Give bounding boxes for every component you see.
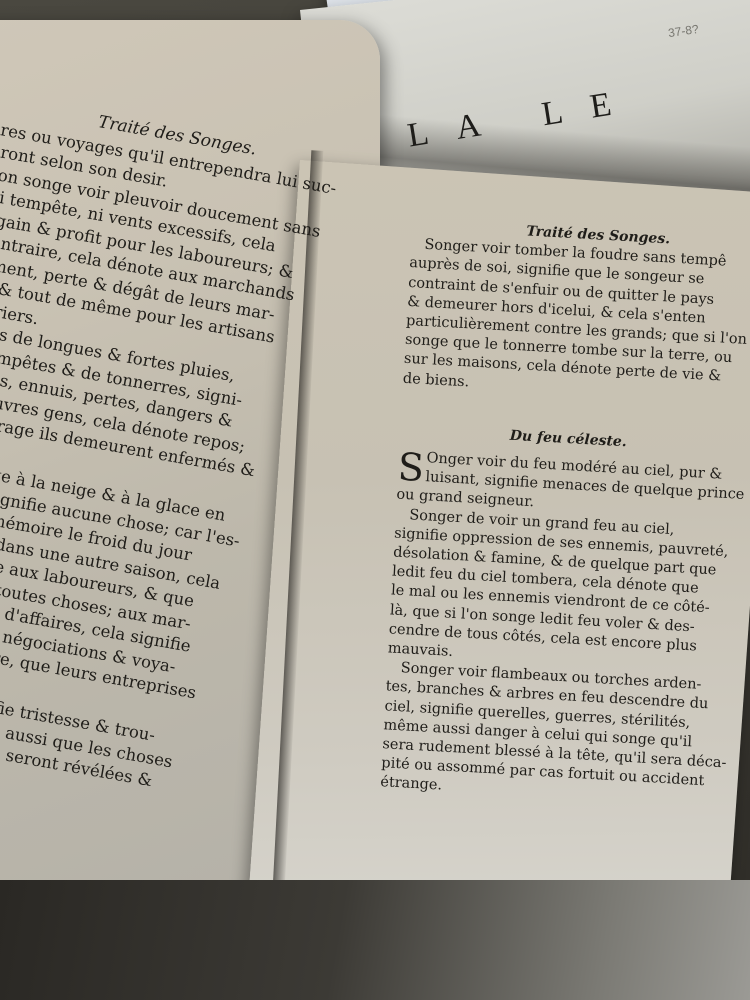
right-page-text: Traité des Songes. Songer voir tomber la… (380, 216, 750, 812)
drop-cap: S (397, 450, 425, 485)
section-heading: Du feu céleste. (509, 427, 750, 460)
book-photo-scene: LA LE 37-8? Traité des Songes. aires ou … (0, 0, 750, 1000)
table-surface (0, 880, 750, 1000)
